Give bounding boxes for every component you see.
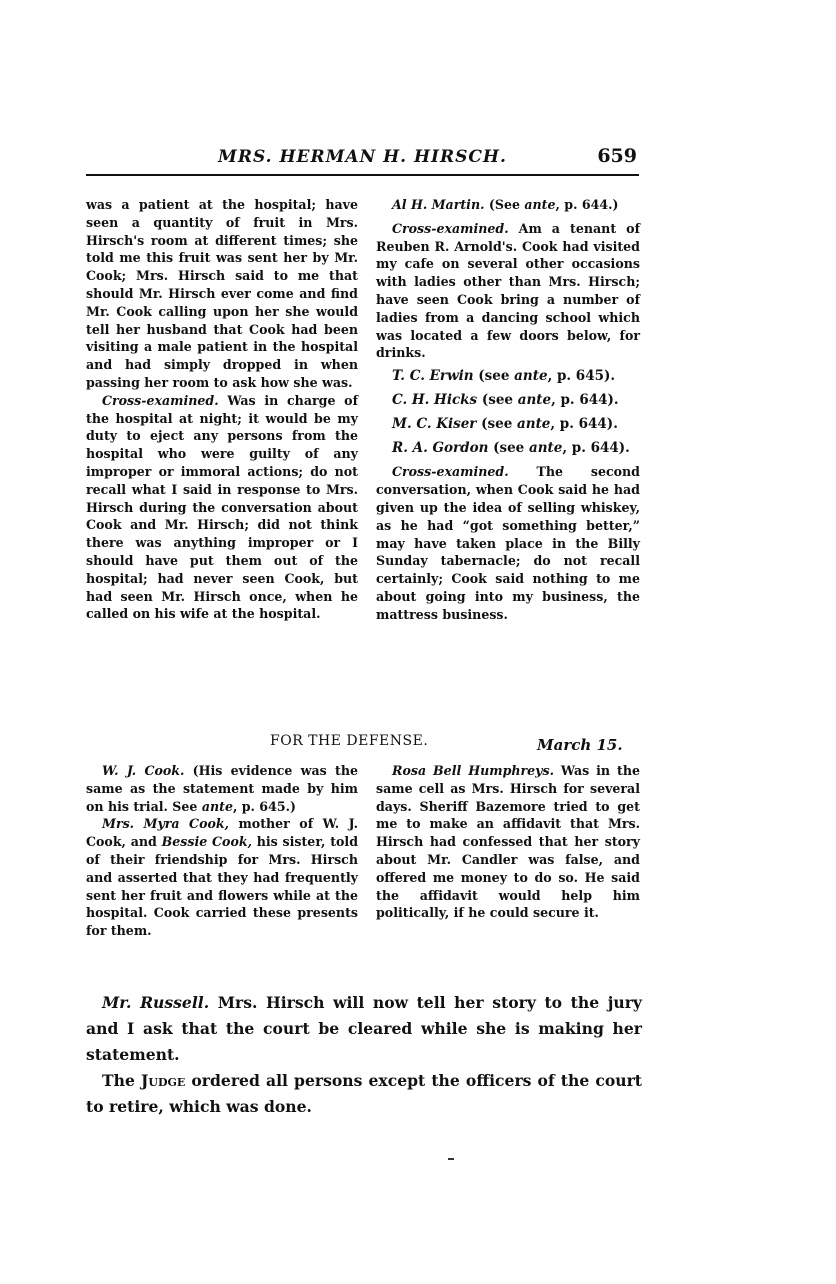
speaker-name: Mr. Russell. [102,993,209,1012]
ante-word: ante [202,799,233,814]
book-page: MRS. HERMAN H. HIRSCH. 659 was a patient… [0,0,836,1284]
judge-word: Judge [141,1071,185,1090]
witness-martin: Al H. Martin. (See ante, p. 644.) [376,196,640,214]
header-rule [86,174,639,176]
witness-name: Bessie Cook, [162,834,252,849]
cross-examined-text: Am a tenant of Reuben R. Arnold's. Cook … [376,221,640,361]
ref-text: (see [476,416,517,432]
ref-text: , p. 644). [550,416,618,432]
ante-word: ante [514,368,547,384]
witness-name: R. A. Gordon [392,440,488,456]
running-head: MRS. HERMAN H. HIRSCH. [218,147,507,167]
martin-cross-examination: Cross-examined. Am a tenant of Reuben R.… [376,220,640,362]
witness-myra-cook: Mrs. Myra Cook, mother of W. J. Cook, an… [86,815,358,940]
ref-text: (see [488,440,529,456]
russell-statement: Mr. Russell. Mrs. Hirsch will now tell h… [86,990,642,1068]
judge-order: The Judge ordered all persons except the… [86,1068,642,1120]
left-column-top: was a patient at the hospital; have seen… [86,196,358,623]
page-number: 659 [597,145,637,167]
scan-mark [448,1158,454,1160]
ante-word: ante [518,392,551,408]
testimony-text: Was in the same cell as Mrs. Hirsch for … [376,763,640,920]
witness-ref-gordon: R. A. Gordon (see ante, p. 644). [376,440,640,458]
right-column-bottom: Rosa Bell Humphreys. Was in the same cel… [376,762,640,922]
witness-cook: W. J. Cook. (His evidence was the same a… [86,762,358,815]
right-column-top: Al H. Martin. (See ante, p. 644.) Cross-… [376,196,640,624]
left-column-bottom: W. J. Cook. (His evidence was the same a… [86,762,358,940]
witness-ref-kiser: M. C. Kiser (see ante, p. 644). [376,416,640,434]
section-date: March 15. [537,736,623,754]
cross-examined-text: Was in charge of the hospital at night; … [86,393,358,622]
witness-name: C. H. Hicks [392,392,477,408]
ante-word: ante [529,440,562,456]
cross-examined-label: Cross-examined. [102,393,219,408]
witness-name: W. J. Cook. [102,763,184,778]
ref-text: , p. 644). [562,440,630,456]
statement-text: The [102,1071,141,1090]
ref-text: (see [474,368,515,384]
cross-examined-text: The second conversation, when Cook said … [376,464,640,621]
cross-examined-label: Cross-examined. [392,464,509,479]
witness-name: T. C. Erwin [392,368,474,384]
witness-name: Rosa Bell Humphreys. [392,763,554,778]
witness-name: M. C. Kiser [392,416,476,432]
testimony-text: , p. 645.) [233,799,296,814]
ante-word: ante [517,416,550,432]
ref-text: (See [485,197,525,212]
witness-ref-erwin: T. C. Erwin (see ante, p. 645). [376,368,640,386]
ante-word: ante [524,197,555,212]
ref-text: , p. 644). [551,392,619,408]
page-header: MRS. HERMAN H. HIRSCH. 659 [86,143,639,173]
ref-text: , p. 645). [548,368,616,384]
witness-humphreys: Rosa Bell Humphreys. Was in the same cel… [376,762,640,922]
paragraph-continued-testimony: was a patient at the hospital; have seen… [86,196,358,392]
witness-name: Mrs. Myra Cook, [102,816,229,831]
cross-examined-label: Cross-examined. [392,221,509,236]
gordon-cross-examination: Cross-examined. The second conversation,… [376,463,640,623]
ref-text: , p. 644.) [556,197,619,212]
section-heading: FOR THE DEFENSE. [270,733,428,749]
testimony-text: his sister, told of their friendship for… [86,834,358,938]
witness-name: Al H. Martin. [392,197,485,212]
witness-reference-list: T. C. Erwin (see ante, p. 645). C. H. Hi… [376,368,640,457]
closing-paragraphs: Mr. Russell. Mrs. Hirsch will now tell h… [86,990,642,1120]
witness-ref-hicks: C. H. Hicks (see ante, p. 644). [376,392,640,410]
ref-text: (see [477,392,518,408]
paragraph-cross-examination: Cross-examined. Was in charge of the hos… [86,392,358,623]
